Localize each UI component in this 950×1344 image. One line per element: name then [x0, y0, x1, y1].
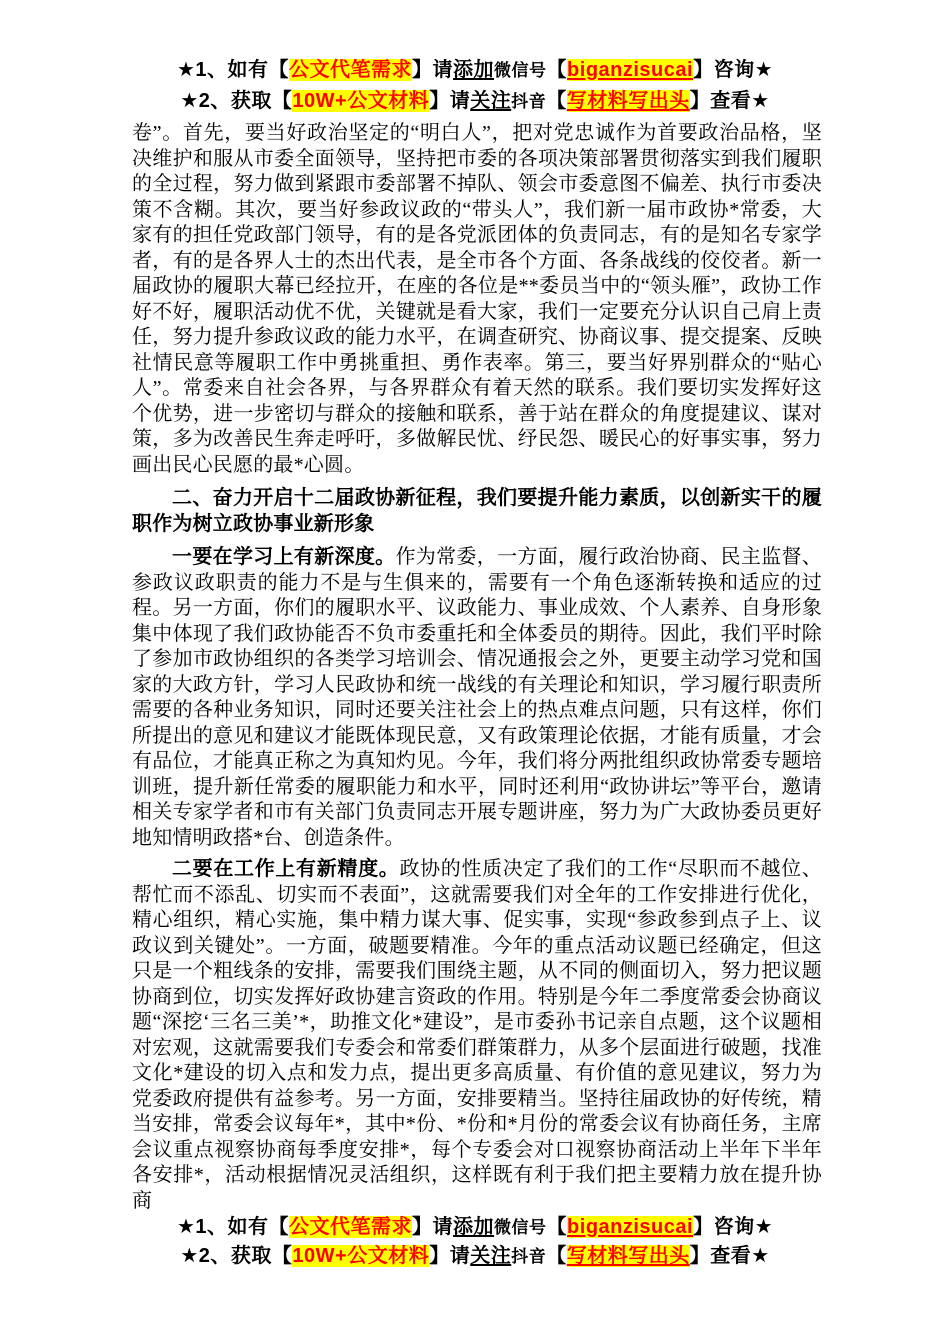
materials-highlight: 10W+公文材料: [292, 90, 429, 112]
paragraph-lead-bold: 二要在工作上有新精度。: [172, 858, 399, 880]
section-heading: 二、奋力开启十二届政协新征程，我们要提升能力素质，以创新实干的履职作为树立政协事…: [132, 486, 822, 537]
paragraph-lead-bold: 一要在学习上有新深度。: [172, 546, 395, 568]
promo-footer-line-1: ★1、如有【公文代笔需求】请添加微信号【biganzisucai】咨询★: [0, 1213, 950, 1242]
promo-text: ★2、获取【: [180, 1245, 292, 1267]
paragraph: 二要在工作上有新精度。政协的性质决定了我们的工作“尽职而不越位、帮忙而不添乱、切…: [132, 857, 822, 1214]
douyin-account-highlight: 写材料写出头: [567, 90, 690, 112]
service-highlight: 公文代笔需求: [289, 1216, 412, 1238]
promo-text: ★2、获取【: [180, 90, 292, 112]
promo-text: 【: [547, 59, 568, 81]
paragraph: 一要在学习上有新深度。作为常委，一方面，履行政治协商、民主监督、参政议政职责的能…: [132, 545, 822, 851]
douyin-account-highlight: 写材料写出头: [567, 1245, 690, 1267]
paragraph-text: 政协的性质决定了我们的工作“尽职而不越位、帮忙而不添乱、切实而不表面”，这就需要…: [132, 858, 822, 1212]
promo-text: ★1、如有【: [177, 1216, 289, 1238]
document-body: 卷”。首先，要当好政治坚定的“明白人”，把对党忠诚作为首要政治品格，坚决维护和服…: [132, 121, 822, 1220]
promo-text: ★1、如有【: [177, 59, 289, 81]
promo-footer: ★1、如有【公文代笔需求】请添加微信号【biganzisucai】咨询★ ★2、…: [0, 1213, 950, 1271]
promo-text: 】请: [412, 1216, 453, 1238]
materials-highlight: 10W+公文材料: [292, 1245, 429, 1267]
wechat-label: 微信号: [494, 1218, 547, 1237]
douyin-label: 抖音: [511, 1247, 546, 1266]
promo-text: 】请: [429, 90, 470, 112]
follow-action-underline: 关注: [470, 90, 511, 112]
wechat-id-highlight: biganzisucai: [567, 59, 693, 81]
paragraph-text: 卷”。首先，要当好政治坚定的“明白人”，把对党忠诚作为首要政治品格，坚决维护和服…: [132, 122, 822, 476]
wechat-id-highlight: biganzisucai: [567, 1216, 693, 1238]
paragraph-text: 作为常委，一方面，履行政治协商、民主监督、参政议政职责的能力不是与生俱来的，需要…: [132, 546, 822, 849]
paragraph-continuation: 卷”。首先，要当好政治坚定的“明白人”，把对党忠诚作为首要政治品格，坚决维护和服…: [132, 121, 822, 478]
promo-header: ★1、如有【公文代笔需求】请添加微信号【biganzisucai】咨询★ ★2、…: [0, 55, 950, 117]
promo-text: 】请: [412, 59, 453, 81]
wechat-label: 微信号: [494, 61, 547, 80]
douyin-label: 抖音: [511, 92, 546, 111]
service-highlight: 公文代笔需求: [289, 59, 412, 81]
add-action-underline: 添加: [453, 59, 494, 81]
promo-text: 】咨询★: [693, 1216, 773, 1238]
promo-text: 【: [547, 1216, 568, 1238]
promo-footer-line-2: ★2、获取【10W+公文材料】请关注抖音【写材料写出头】查看★: [0, 1242, 950, 1271]
promo-text: 【: [546, 90, 567, 112]
promo-header-line-1: ★1、如有【公文代笔需求】请添加微信号【biganzisucai】咨询★: [0, 55, 950, 86]
promo-text: 】咨询★: [693, 59, 773, 81]
add-action-underline: 添加: [453, 1216, 494, 1238]
promo-header-line-2: ★2、获取【10W+公文材料】请关注抖音【写材料写出头】查看★: [0, 86, 950, 117]
promo-text: 】查看★: [690, 1245, 770, 1267]
promo-text: 【: [546, 1245, 567, 1267]
promo-text: 】请: [429, 1245, 470, 1267]
follow-action-underline: 关注: [470, 1245, 511, 1267]
document-page: ★1、如有【公文代笔需求】请添加微信号【biganzisucai】咨询★ ★2、…: [0, 0, 950, 1344]
heading-text: 二、奋力开启十二届政协新征程，我们要提升能力素质，以创新实干的履职作为树立政协事…: [132, 487, 822, 535]
promo-text: 】查看★: [690, 90, 770, 112]
